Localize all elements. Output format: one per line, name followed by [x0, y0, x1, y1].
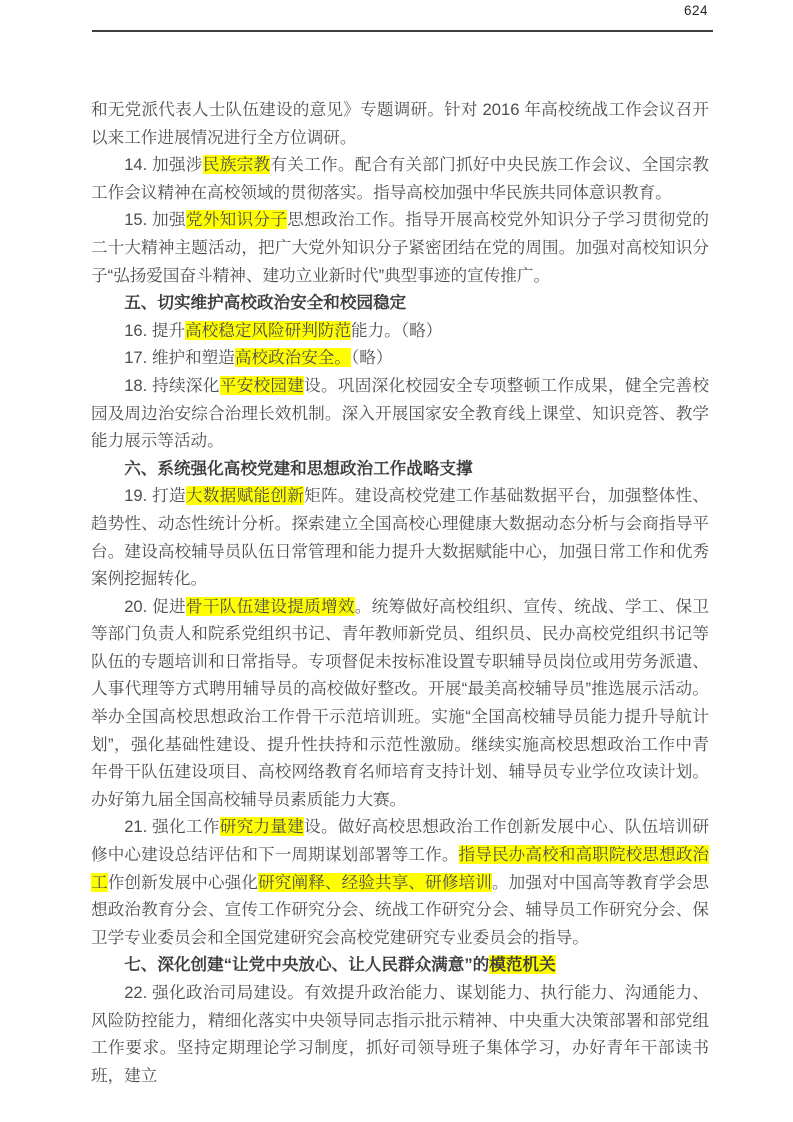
section-heading-five: 五、切实维护高校政治安全和校园稳定: [91, 289, 709, 317]
document-body: 和无党派代表人士队伍建设的意见》专题调研。针对 2016 年高校统战工作会议召开…: [91, 96, 709, 1089]
text-run: 。统筹做好高校组织、宣传、统战、学工、保卫等部门负责人和院系党组织书记、青年教师…: [91, 597, 709, 809]
text-run: 22. 强化政治司局建设。有效提升政治能力、谋划能力、执行能力、沟通能力、风险防…: [91, 983, 709, 1085]
highlighted-text: 模范机关: [489, 955, 555, 974]
page-header: 624: [92, 0, 713, 40]
highlighted-text: 高校稳定风险研判防范: [185, 321, 351, 340]
paragraph-item-18: 18. 持续深化平安校园建设。巩固深化校园安全专项整顿工作成果，健全完善校园及周…: [91, 372, 709, 455]
text-run: 15. 加强: [124, 210, 186, 229]
highlighted-text: 大数据赋能创新: [186, 486, 304, 505]
text-run: 14. 加强涉: [124, 155, 203, 174]
highlighted-text: 党外知识分子: [186, 210, 287, 229]
paragraph-continuation: 和无党派代表人士队伍建设的意见》专题调研。针对 2016 年高校统战工作会议召开…: [91, 96, 709, 151]
text-run: 能力。（略）: [351, 321, 442, 340]
paragraph-item-16: 16. 提升高校稳定风险研判防范能力。（略）: [91, 317, 709, 345]
header-rule: [92, 30, 713, 32]
text-run: 17. 维护和塑造: [124, 348, 235, 367]
text-run: 21. 强化工作: [124, 817, 220, 836]
paragraph-item-14: 14. 加强涉民族宗教有关工作。配合有关部门抓好中央民族工作会议、全国宗教工作会…: [91, 151, 709, 206]
section-heading-seven: 七、深化创建“让党中央放心、让人民群众满意”的模范机关: [91, 951, 709, 979]
text-run: 和无党派代表人士队伍建设的意见》专题调研。针对 2016 年高校统战工作会议召开…: [91, 100, 709, 147]
text-run: 五、切实维护高校政治安全和校园稳定: [124, 293, 406, 312]
text-run: 19. 打造: [124, 486, 186, 505]
paragraph-item-21: 21. 强化工作研究力量建设。做好高校思想政治工作创新发展中心、队伍培训研修中心…: [91, 813, 709, 951]
highlighted-text: 骨干队伍建设提质增效: [186, 597, 355, 616]
text-run: 七、深化创建“让党中央放心、让人民群众满意”的: [124, 955, 489, 974]
highlighted-text: 高校政治安全。: [235, 348, 351, 367]
paragraph-item-17: 17. 维护和塑造高校政治安全。（略）: [91, 344, 709, 372]
highlighted-text: 研究阐释、经验共享、研修培训: [258, 873, 492, 892]
page-number: 624: [684, 3, 708, 18]
paragraph-item-15: 15. 加强党外知识分子思想政治工作。指导开展高校党外知识分子学习贯彻党的二十大…: [91, 206, 709, 289]
highlighted-text: 民族宗教: [203, 155, 271, 174]
text-run: 16. 提升: [124, 321, 185, 340]
paragraph-item-19: 19. 打造大数据赋能创新矩阵。建设高校党建工作基础数据平台，加强整体性、趋势性…: [91, 482, 709, 592]
text-run: 18. 持续深化: [124, 376, 220, 395]
highlighted-text: 研究力量建: [220, 817, 304, 836]
text-run: 作创新发展中心强化: [108, 873, 258, 892]
text-run: 20. 促进: [124, 597, 186, 616]
text-run: （略）: [351, 348, 392, 367]
paragraph-item-22: 22. 强化政治司局建设。有效提升政治能力、谋划能力、执行能力、沟通能力、风险防…: [91, 979, 709, 1089]
text-run: 六、系统强化高校党建和思想政治工作战略支撑: [124, 459, 472, 478]
section-heading-six: 六、系统强化高校党建和思想政治工作战略支撑: [91, 455, 709, 483]
highlighted-text: 平安校园建: [220, 376, 304, 395]
paragraph-item-20: 20. 促进骨干队伍建设提质增效。统筹做好高校组织、宣传、统战、学工、保卫等部门…: [91, 593, 709, 814]
